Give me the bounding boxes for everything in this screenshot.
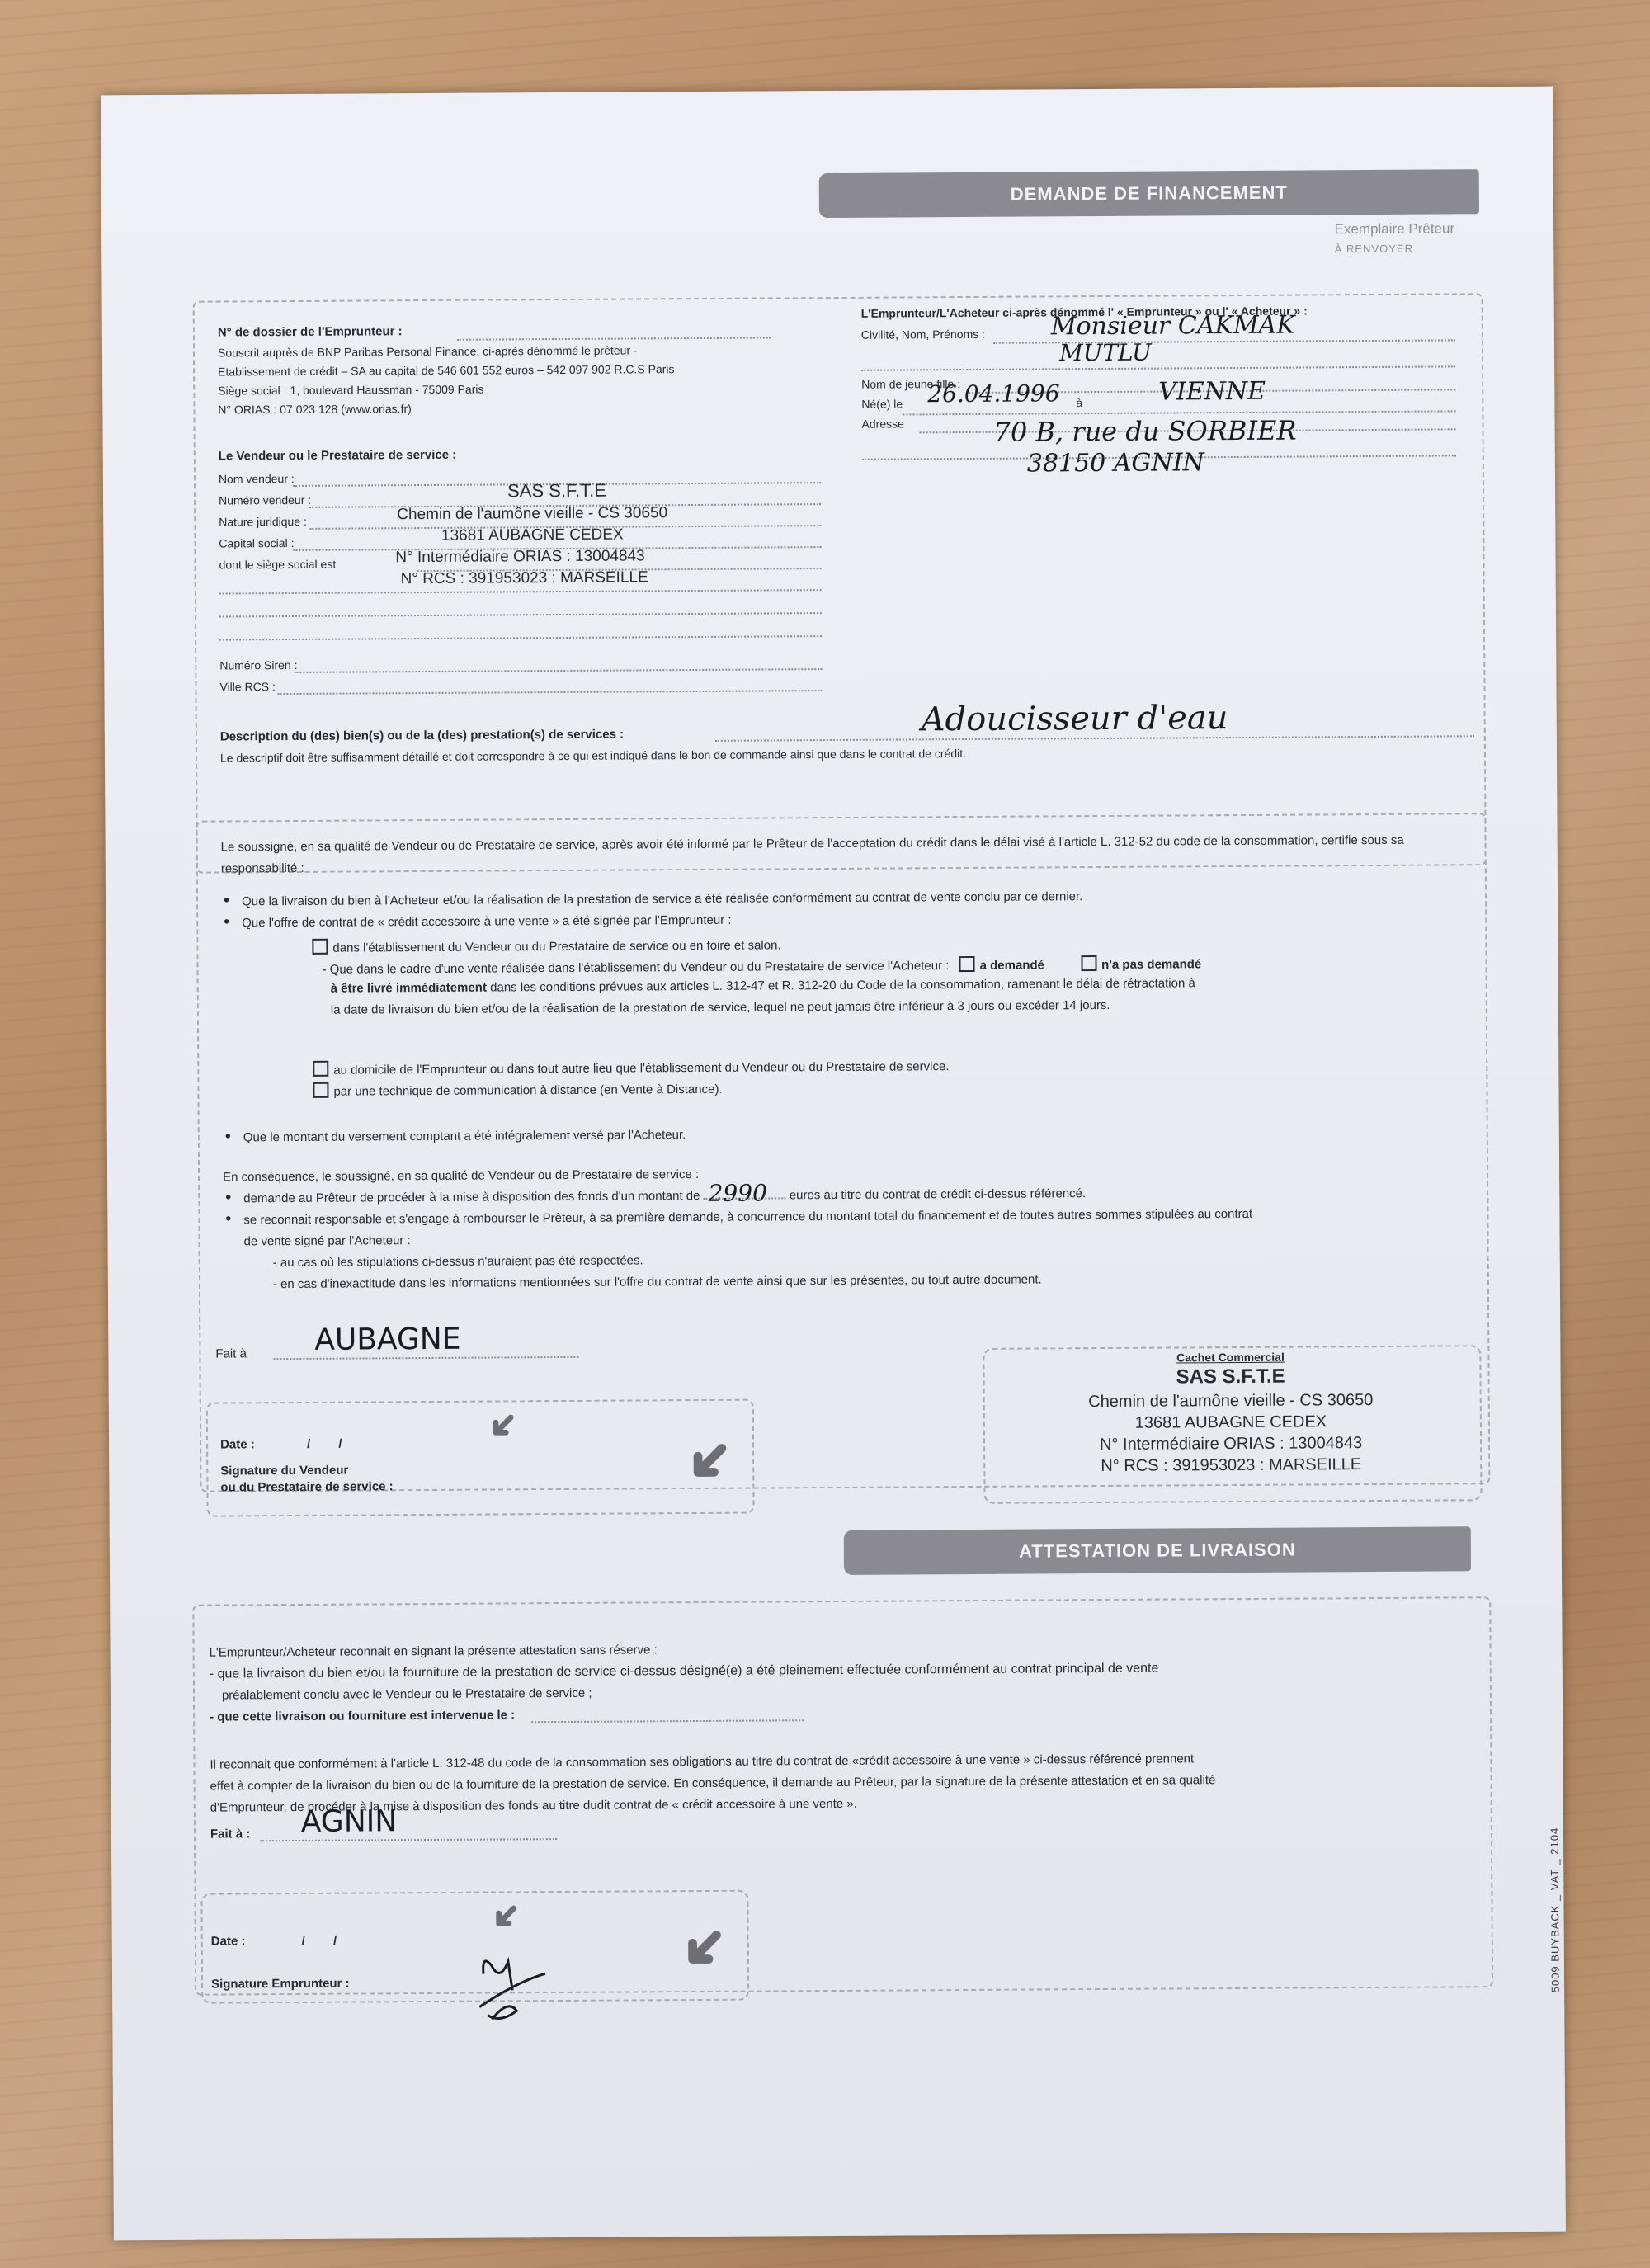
borrower-fait-label: Fait à : <box>210 1827 250 1841</box>
seller-fait-value[interactable]: AUBAGNE <box>314 1323 460 1357</box>
borrower-signature <box>467 1949 559 2032</box>
stamp-rcs: N° RCS : 391953023 : MARSEILLE <box>327 568 723 589</box>
lender-line-2: Etablissement de crédit – SA au capital … <box>218 362 674 378</box>
borrower-date-label: Date : <box>211 1934 246 1948</box>
etablissement-checkbox[interactable] <box>312 939 328 955</box>
borrower-date-value[interactable]: / / <box>302 1934 337 1948</box>
seller-signature-label-1: Signature du Vendeur <box>220 1464 348 1478</box>
attestation-title: ATTESTATION DE LIVRAISON <box>1019 1540 1296 1563</box>
stamp-street: Chemin de l'aumône vieille - CS 30650 <box>326 504 738 525</box>
cachet-city: 13681 AUBAGNE CEDEX <box>983 1412 1478 1434</box>
certification-bullet-3: Que le montant du versement comptant a é… <box>243 1128 686 1144</box>
responsible-line-2: de vente signé par l'Acheteur : <box>244 1233 411 1248</box>
option-etablissement: dans l'établissement du Vendeur ou du Pr… <box>312 936 780 955</box>
born-at-label: à <box>1076 396 1082 409</box>
cachet-company: SAS S.F.T.E <box>983 1364 1478 1390</box>
option-distance: par une technique de communication à dis… <box>313 1080 722 1099</box>
attestation-line-2: - que cette livraison ou fourniture est … <box>210 1708 515 1723</box>
lender-line-1: Souscrit auprès de BNP Paribas Personal … <box>218 343 638 359</box>
head-office-label: dont le siège social est <box>219 558 337 572</box>
address-line-1[interactable]: 70 B, rue du SORBIER <box>993 415 1296 448</box>
document-page: DEMANDE DE FINANCEMENT Exemplaire Prêteu… <box>101 87 1566 2241</box>
pas-demande-label: n'a pas demandé <box>1101 957 1201 972</box>
amount-field[interactable]: 2990 <box>704 1197 786 1200</box>
cachet-street: Chemin de l'aumône vieille - CS 30650 <box>983 1390 1478 1412</box>
capital-label: Capital social : <box>219 536 294 550</box>
demand-prefix: demande au Prêteur de procéder à la mise… <box>243 1189 700 1205</box>
certification-bullet-2: Que l'offre de contrat de « crédit acces… <box>242 913 731 931</box>
demand-suffix: euros au titre du contrat de crédit ci-d… <box>790 1186 1086 1202</box>
consequence-intro: En conséquence, le soussigné, en sa qual… <box>223 1167 699 1185</box>
seller-number-label: Numéro vendeur : <box>219 493 311 507</box>
civility-label: Civilité, Nom, Prénoms : <box>861 328 985 342</box>
lender-line-3: Siège social : 1, boulevard Haussman - 7… <box>218 383 483 398</box>
distance-text: par une technique de communication à dis… <box>333 1082 722 1099</box>
civility-value-line2[interactable]: MUTLU <box>1059 339 1152 367</box>
seller-date-value[interactable]: / / <box>307 1437 342 1451</box>
seller-date-label: Date : <box>220 1437 255 1451</box>
header-banner: DEMANDE DE FINANCEMENT <box>819 169 1479 218</box>
lender-line-4: N° ORIAS : 07 023 128 (www.orias.fr) <box>218 402 411 416</box>
seller-heading: Le Vendeur ou le Prestataire de service … <box>219 448 457 464</box>
pas-demande-checkbox[interactable] <box>1081 955 1096 971</box>
legal-form-label: Nature juridique : <box>219 515 307 529</box>
attestation-line-1b: préalablement conclu avec le Vendeur ou … <box>222 1686 592 1703</box>
distance-checkbox[interactable] <box>313 1082 328 1098</box>
stamp-company: SAS S.F.T.E <box>433 479 681 502</box>
civility-value[interactable]: Monsieur CAKMAK <box>1051 311 1295 342</box>
form-code: 5009 BUYBACK _ VAT _ 2104 <box>1549 1827 1562 1993</box>
case-1: - au cas où les stipulations ci-dessus n… <box>273 1253 643 1270</box>
livre-bold: à être livré immédiatement <box>331 981 487 996</box>
ville-rcs-label: Ville RCS : <box>219 680 276 693</box>
cachet-orias: N° Intermédiaire ORIAS : 13004843 <box>983 1433 1478 1455</box>
address-label: Adresse <box>861 417 903 430</box>
born-label: Né(e) le <box>861 397 903 410</box>
dossier-label: N° de dossier de l'Emprunteur : <box>218 324 403 339</box>
description-label: Description du (des) bien(s) ou de la (d… <box>220 728 624 744</box>
cachet-rcs: N° RCS : 391953023 : MARSEILLE <box>983 1455 1478 1477</box>
description-value[interactable]: Adoucisseur d'eau <box>922 699 1228 738</box>
domicile-checkbox[interactable] <box>313 1061 328 1077</box>
a-demande-label: a demandé <box>980 958 1044 972</box>
seller-fait-label: Fait à <box>215 1346 247 1360</box>
return-stamp: À RENVOYER <box>1335 238 1455 259</box>
siren-label: Numéro Siren : <box>219 658 297 672</box>
a-demande-checkbox[interactable] <box>959 956 975 972</box>
address-line-2[interactable]: 38150 AGNIN <box>1027 448 1204 478</box>
birth-place[interactable]: VIENNE <box>1158 377 1266 407</box>
borrower-signature-label: Signature Emprunteur : <box>211 1977 350 1992</box>
amount-value: 2990 <box>709 1179 767 1206</box>
document-title: DEMANDE DE FINANCEMENT <box>1011 182 1288 205</box>
etablissement-text: dans l'établissement du Vendeur ou du Pr… <box>332 938 780 955</box>
copy-label: Exemplaire Prêteur <box>1335 219 1455 239</box>
attestation-banner: ATTESTATION DE LIVRAISON <box>844 1526 1471 1575</box>
seller-name-label: Nom vendeur : <box>219 472 295 486</box>
birth-date[interactable]: 26.04.1996 <box>927 380 1060 408</box>
seller-signature-label-2: ou du Prestataire de service : <box>220 1479 393 1494</box>
certification-intro: Le soussigné, en sa qualité de Vendeur o… <box>221 829 1467 879</box>
borrower-fait-value[interactable]: AGNIN <box>301 1804 398 1839</box>
attestation-intro: L'Emprunteur/Acheteur reconnait en signa… <box>210 1643 658 1659</box>
copy-stamp: Exemplaire Prêteur À RENVOYER <box>1335 219 1455 259</box>
stamp-city: 13681 AUBAGNE CEDEX <box>326 526 738 546</box>
stamp-orias: N° Intermédiaire ORIAS : 13004843 <box>326 547 714 568</box>
